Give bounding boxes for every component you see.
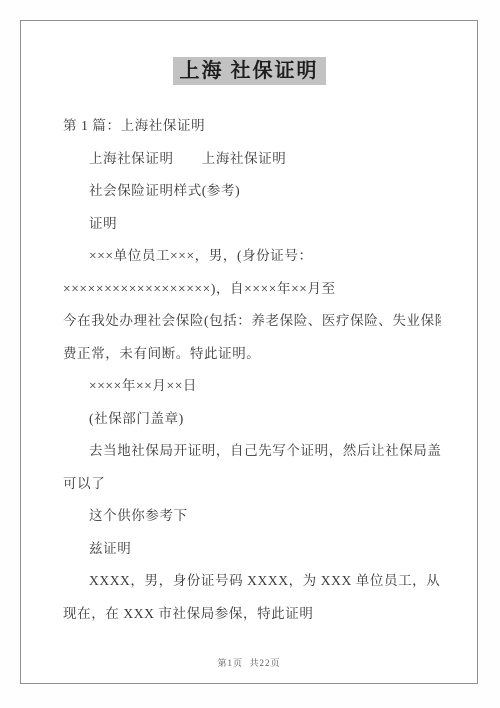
document-line: 第 1 篇：上海社保证明 — [63, 110, 441, 143]
document-line: 可以了 — [63, 468, 441, 501]
document-line: 费正常，未有间断。特此证明。 — [63, 338, 441, 371]
document-line: XXXX，男，身份证号码 XXXX，为 XXX 单位员工，从 XX 年 X 月到 — [63, 565, 441, 598]
document-line: 兹证明 — [63, 533, 441, 566]
document-line: ××××××××××××××××××)，自××××年××月至 — [63, 273, 441, 306]
document-line: ××××年××月××日 — [63, 370, 441, 403]
document-line: (社保部门盖章) — [63, 403, 441, 436]
document-line: 去当地社保局开证明，自己先写个证明，然后让社保局盖个章就 — [63, 435, 441, 468]
document-line: ×××单位员工×××，男，(身份证号： — [63, 240, 441, 273]
document-line: 上海社保证明 上海社保证明 — [63, 143, 441, 176]
document-line: 这个供你参考下 — [63, 500, 441, 533]
document-line: 今在我处办理社会保险(包括：养老保险、医疗保险、失业保险)。缴 — [63, 305, 441, 338]
title-row: 上海 社保证明 — [21, 57, 477, 85]
page-number-footer: 第1页 共22页 — [21, 656, 477, 669]
page-title: 上海 社保证明 — [173, 57, 326, 85]
document-line: 社会保险证明样式(参考) — [63, 175, 441, 208]
document-line: 现在，在 XXX 市社保局参保，特此证明 — [63, 598, 441, 631]
document-body: 第 1 篇：上海社保证明 上海社保证明 上海社保证明 社会保险证明样式(参考) … — [21, 110, 477, 630]
document-line: 证明 — [63, 208, 441, 241]
document-canvas: 上海 社保证明 第 1 篇：上海社保证明 上海社保证明 上海社保证明 社会保险证… — [0, 0, 500, 708]
document-page: 上海 社保证明 第 1 篇：上海社保证明 上海社保证明 上海社保证明 社会保险证… — [20, 20, 478, 684]
